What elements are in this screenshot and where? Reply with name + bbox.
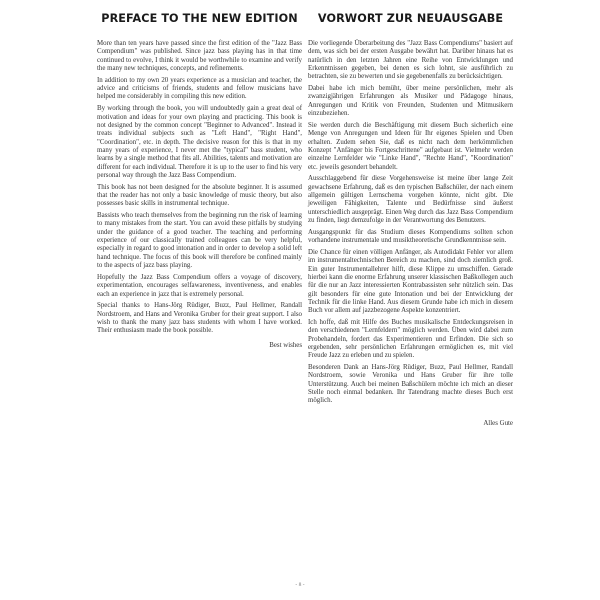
- english-paragraph: In addition to my own 20 years experienc…: [97, 77, 302, 102]
- english-paragraph: More than ten years have passed since th…: [97, 40, 302, 73]
- english-paragraph: By working through the book, you will un…: [97, 105, 302, 180]
- german-paragraph: Ausgangspunkt für das Studium dieses Kom…: [308, 229, 513, 246]
- german-title: VORWORT ZUR NEUAUSGABE: [308, 12, 513, 40]
- english-paragraph: Special thanks to Hans-Jörg Rüdiger, Buz…: [97, 302, 302, 335]
- german-paragraph: Dabei habe ich mich bemüht, über meine p…: [308, 85, 513, 118]
- page-number: - 8 -: [0, 582, 600, 588]
- english-signoff: Best wishes: [97, 342, 302, 349]
- english-title: PREFACE TO THE NEW EDITION: [97, 12, 302, 40]
- english-column: PREFACE TO THE NEW EDITION More than ten…: [97, 12, 302, 349]
- german-paragraph: Sie werden durch die Beschäftigung mit d…: [308, 122, 513, 172]
- german-paragraph: Ausschlaggebend für diese Vorgehensweise…: [308, 175, 513, 225]
- german-paragraph: Die vorliegende Überarbeitung des "Jazz …: [308, 40, 513, 82]
- german-paragraph: Besonderen Dank an Hans-Jörg Rüdiger, Bu…: [308, 364, 513, 406]
- document-page: PREFACE TO THE NEW EDITION More than ten…: [0, 0, 600, 600]
- german-paragraph: Die Chance für einen völligen Anfänger, …: [308, 249, 513, 316]
- english-paragraph: Bassists who teach themselves from the b…: [97, 212, 302, 270]
- english-paragraph: This book has not been designed for the …: [97, 184, 302, 209]
- german-paragraph: Ich hoffe, daß mit Hilfe des Buches musi…: [308, 319, 513, 361]
- german-signoff: Alles Gute: [308, 420, 513, 427]
- english-paragraph: Hopefully the Jazz Bass Compendium offer…: [97, 274, 302, 299]
- german-column: VORWORT ZUR NEUAUSGABE Die vorliegende Ü…: [308, 12, 513, 427]
